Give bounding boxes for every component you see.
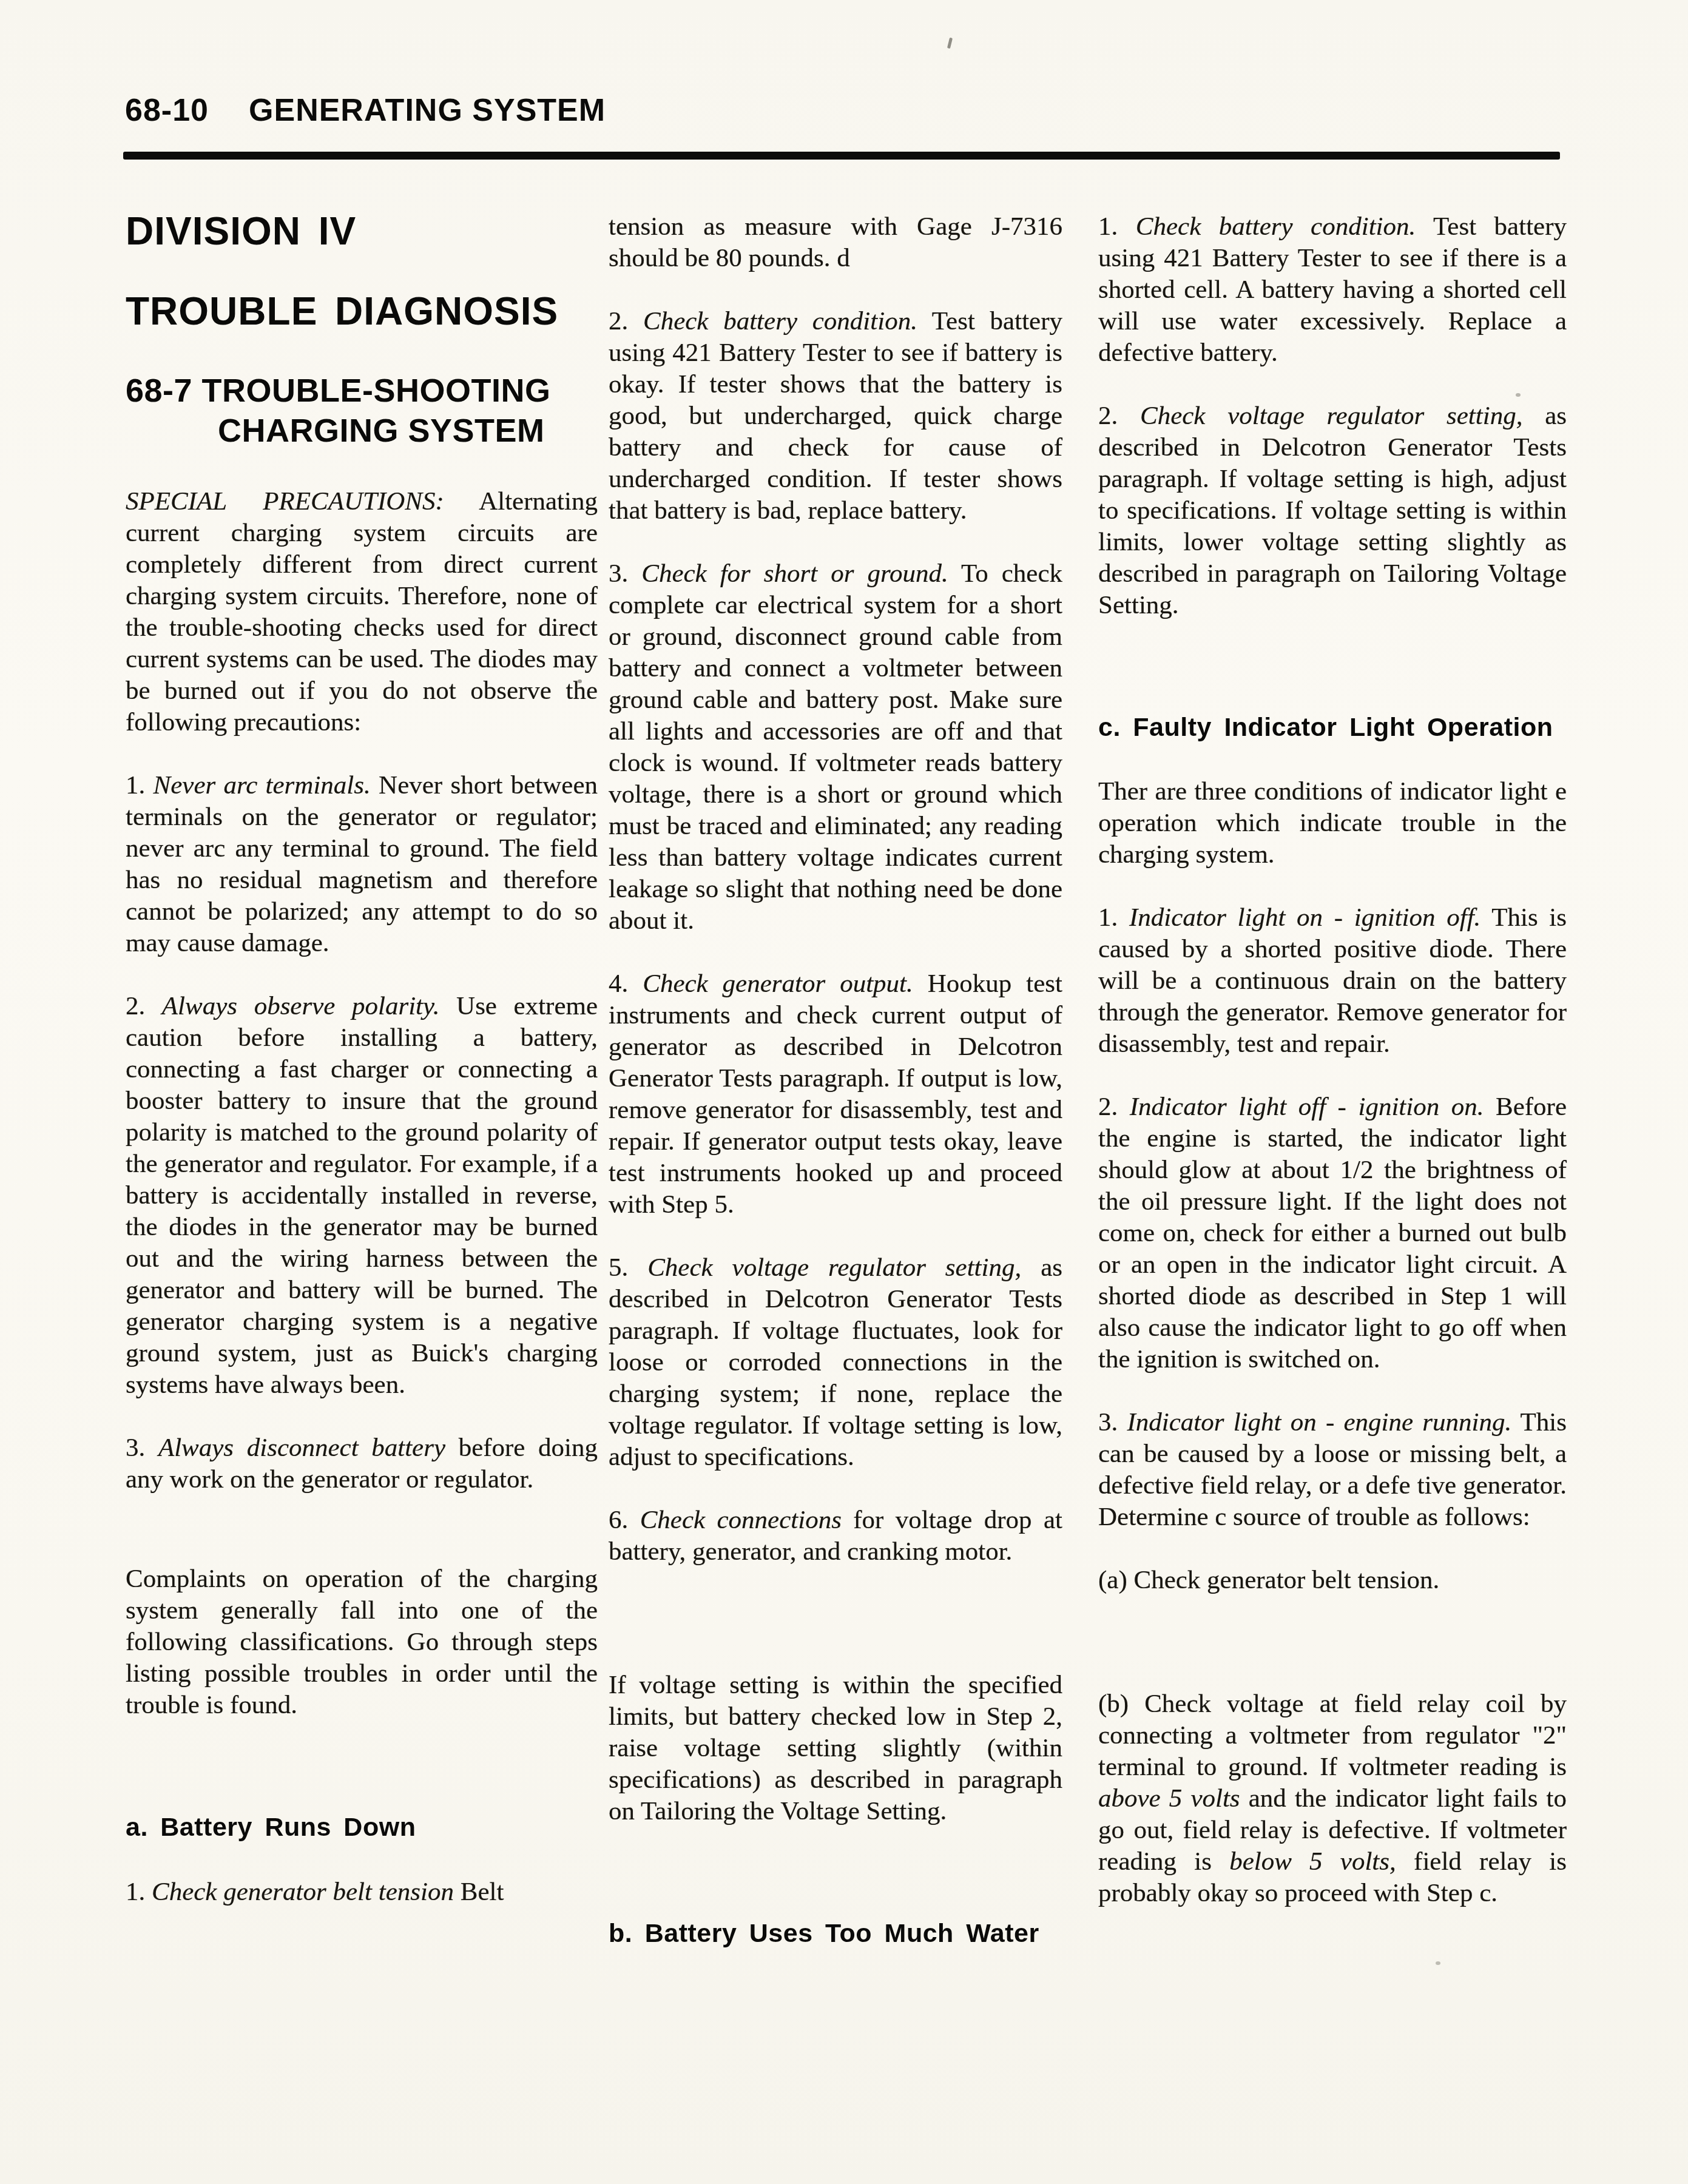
text-run-italic: Check voltage regulator setting, <box>1140 402 1522 430</box>
paragraph: Ther are three conditions of indicator l… <box>1098 776 1567 871</box>
text-run: Test battery using 421 Battery Tester to… <box>609 307 1062 525</box>
text-run-italic: Check for short or ground. <box>641 559 948 588</box>
text-run: 2. <box>609 307 643 335</box>
page-header: 68-10 GENERATING SYSTEM <box>125 92 606 129</box>
paragraph: 3. Always disconnect battery before doin… <box>126 1432 598 1495</box>
text-run: 1. <box>126 1878 152 1906</box>
scan-speck <box>1436 1961 1440 1965</box>
scan-page: 68-10 GENERATING SYSTEM DIVISION IVTROUB… <box>0 0 1688 2184</box>
text-run: as described in Delcotron Generator Test… <box>1098 402 1567 619</box>
text-run: Ther are three conditions of indicator l… <box>1098 777 1567 869</box>
text-run: 2. <box>1098 1093 1130 1121</box>
header-rule <box>123 152 1560 160</box>
text-run: (a) Check generator belt tension. <box>1098 1566 1439 1594</box>
paragraph: tension as measure with Gage J-7316 shou… <box>609 211 1062 274</box>
text-run: 3. <box>609 559 641 588</box>
text-run: Hookup test instruments and check curren… <box>609 969 1062 1219</box>
text-run: 2. <box>126 992 162 1020</box>
paragraph: 1. Check generator belt tension Belt <box>126 1876 598 1908</box>
text-run: Belt <box>454 1878 504 1906</box>
text-run-italic: Check generator belt tension <box>152 1878 454 1906</box>
text-run-italic: SPECIAL PRECAUTIONS: <box>126 487 444 516</box>
division-heading: DIVISION IV <box>126 211 598 252</box>
text-run-italic: Indicator light on - ignition off. <box>1129 903 1480 932</box>
text-run: tension as measure with Gage J-7316 shou… <box>609 212 1062 272</box>
paragraph: 2. Always observe polarity. Use extreme … <box>126 991 598 1401</box>
text-run: Complaints on operation of the charging … <box>126 1565 598 1719</box>
text-run: Use extreme caution before installing a … <box>126 992 598 1399</box>
text-run: 5. <box>609 1253 647 1282</box>
text-run-italic: Check voltage regulator setting, <box>647 1253 1021 1282</box>
text-run-italic: Check battery condition. <box>643 307 917 335</box>
text-run: To check complete car electrical system … <box>609 559 1062 935</box>
paragraph: Complaints on operation of the charging … <box>126 1563 598 1721</box>
text-run: 3. <box>1098 1408 1127 1437</box>
text-run: If voltage setting is within the specifi… <box>609 1671 1062 1825</box>
column-middle: tension as measure with Gage J-7316 shou… <box>609 211 1062 1982</box>
column-left: DIVISION IVTROUBLE DIAGNOSIS68-7 TROUBLE… <box>126 211 598 1940</box>
scan-speck <box>578 679 582 683</box>
subsection-c-heading: c. Faulty Indicator Light Operation <box>1098 713 1567 742</box>
paragraph: 2. Indicator light off - ignition on. Be… <box>1098 1091 1567 1375</box>
subsection-a-heading: a. Battery Runs Down <box>126 1813 598 1842</box>
text-run-italic: Never arc terminals. <box>154 771 371 800</box>
section-68-7-heading: 68-7 TROUBLE-SHOOTINGCHARGING SYSTEM <box>126 371 598 451</box>
heading-line-2: CHARGING SYSTEM <box>126 411 598 451</box>
subsection-b-heading: b. Battery Uses Too Much Water <box>609 1919 1062 1948</box>
paragraph: 2. Check voltage regulator setting, as d… <box>1098 400 1567 621</box>
page-number: 68-10 <box>125 92 209 129</box>
heading-line-1: 68-7 TROUBLE-SHOOTING <box>126 372 551 409</box>
paragraph: (b) Check voltage at field relay coil by… <box>1098 1688 1567 1909</box>
paragraph: 1. Never arc terminals. Never short betw… <box>126 770 598 959</box>
text-run: 2. <box>1098 402 1140 430</box>
text-run-italic: Always disconnect battery <box>158 1434 445 1462</box>
paragraph: 3. Check for short or ground. To check c… <box>609 558 1062 937</box>
paragraph: 4. Check generator output. Hookup test i… <box>609 968 1062 1221</box>
text-run: 4. <box>609 969 643 998</box>
text-run-italic: Indicator light on - engine running. <box>1127 1408 1511 1437</box>
text-run-italic: Check battery condition. <box>1136 212 1416 241</box>
text-run: 1. <box>1098 212 1136 241</box>
paragraph: (a) Check generator belt tension. <box>1098 1565 1567 1596</box>
text-run-italic: Always observe polarity. <box>162 992 440 1020</box>
page-title: GENERATING SYSTEM <box>249 92 606 129</box>
text-run-italic: Check generator output. <box>643 969 913 998</box>
text-run-italic: below 5 volts, <box>1229 1847 1396 1876</box>
text-run-italic: Indicator light off - ignition on. <box>1130 1093 1484 1121</box>
text-run: 6. <box>609 1506 640 1534</box>
text-run: 1. <box>1098 903 1129 932</box>
paragraph: 6. Check connections for voltage drop at… <box>609 1505 1062 1568</box>
paragraph: 5. Check voltage regulator setting, as d… <box>609 1252 1062 1473</box>
paragraph: 3. Indicator light on - engine running. … <box>1098 1407 1567 1533</box>
text-run: (b) Check voltage at field relay coil by… <box>1098 1690 1567 1781</box>
text-run: 3. <box>126 1434 158 1462</box>
scan-speck <box>1516 393 1521 397</box>
column-right: 1. Check battery condition. Test battery… <box>1098 211 1567 1941</box>
text-run: Before the engine is started, the indica… <box>1098 1093 1567 1373</box>
paragraph: 1. Indicator light on - ignition off. Th… <box>1098 902 1567 1060</box>
paragraph: SPECIAL PRECAUTIONS: Alternating current… <box>126 486 598 738</box>
scan-speck <box>947 38 953 49</box>
paragraph: 2. Check battery condition. Test battery… <box>609 306 1062 527</box>
text-run: 1. <box>126 771 154 800</box>
text-run: Alternating current charging system circ… <box>126 487 598 736</box>
trouble-diagnosis-heading: TROUBLE DIAGNOSIS <box>126 291 598 332</box>
text-run-italic: above 5 volts <box>1098 1784 1240 1813</box>
paragraph: If voltage setting is within the specifi… <box>609 1670 1062 1827</box>
text-run-italic: Check connections <box>640 1506 842 1534</box>
paragraph: 1. Check battery condition. Test battery… <box>1098 211 1567 369</box>
text-run: as described in Delcotron Generator Test… <box>609 1253 1062 1471</box>
